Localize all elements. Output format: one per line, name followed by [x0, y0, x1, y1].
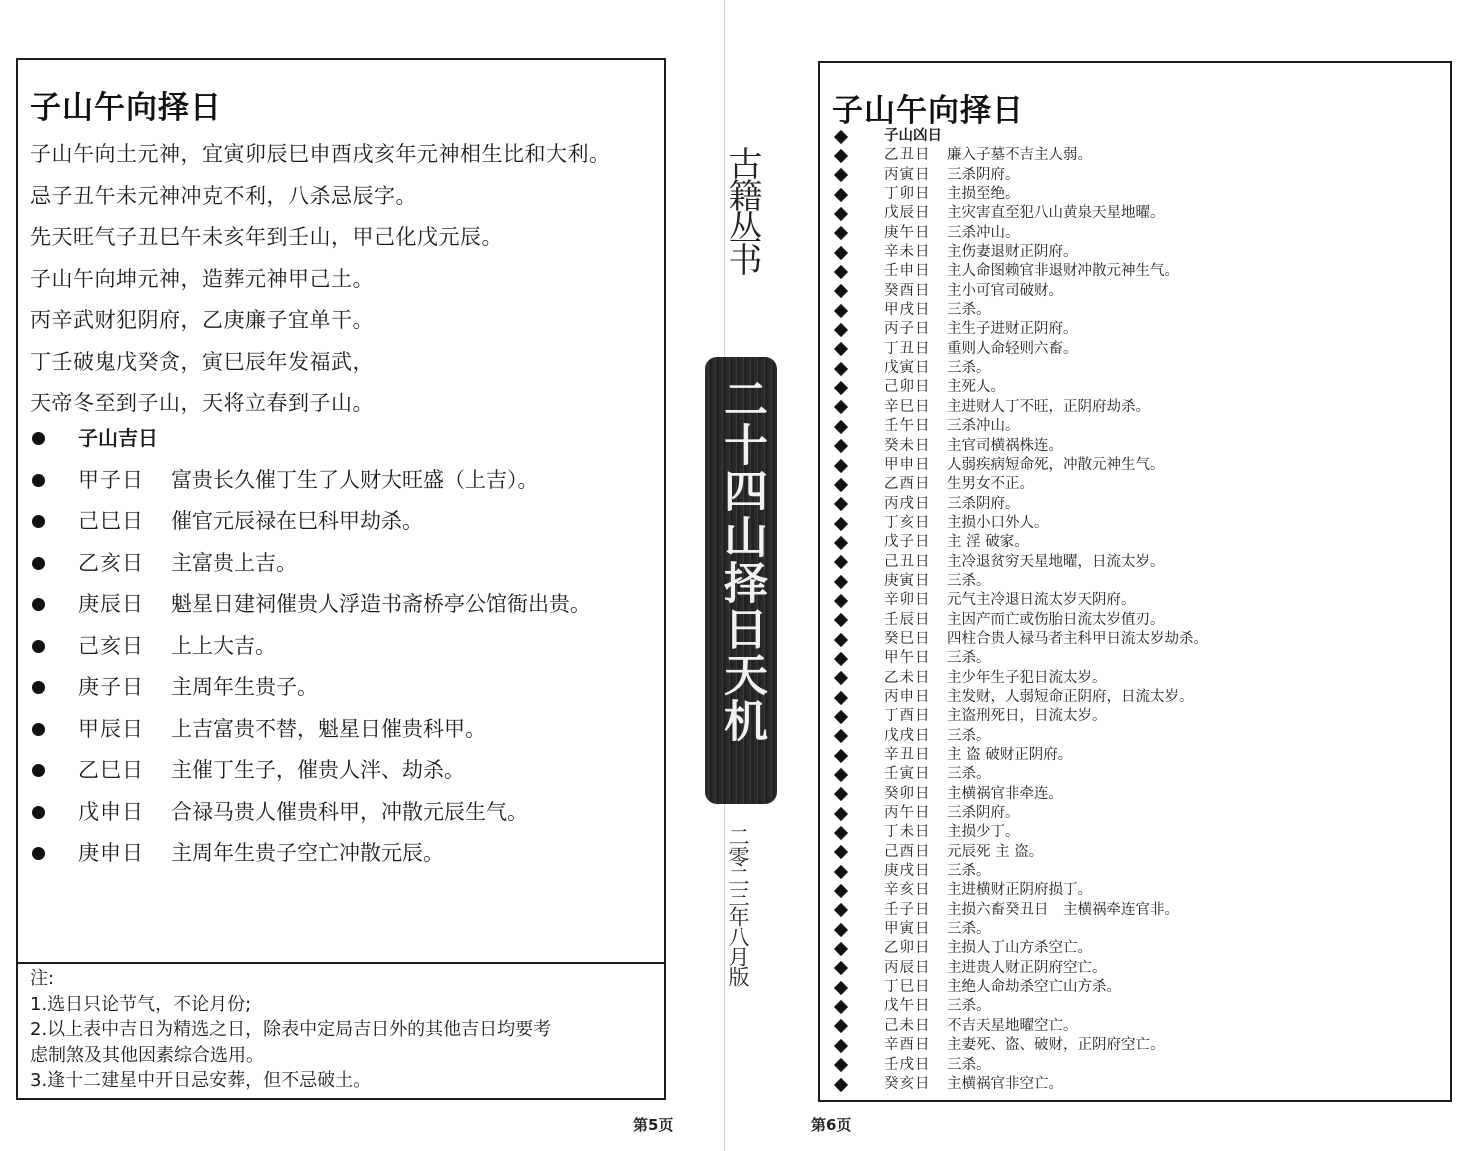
day-description: 不吉天星地曜空亡。 — [947, 1017, 1078, 1036]
day-description: 生男女不正。 — [947, 475, 1034, 494]
day-description: 合禄马贵人催贵科甲，冲散元辰生气。 — [171, 792, 528, 834]
list-item: 戊寅日三杀。 — [834, 359, 1208, 378]
list-item: 己亥日上上大吉。 — [26, 626, 591, 668]
day-description: 人弱疾病短命死，冲散元神生气。 — [947, 456, 1165, 475]
bullet-diamond-icon — [834, 381, 848, 395]
list-item: 丁丑日重则人命轻则六畜。 — [834, 340, 1208, 359]
list-item: 丙寅日三杀阴府。 — [834, 166, 1208, 185]
list-item: 乙卯日主损人丁山方杀空亡。 — [834, 939, 1208, 958]
day-name: 乙卯日 — [884, 939, 947, 958]
left-page-main-section: 子山午向择日 子山午向土元神，宜寅卯辰巳申酉戌亥年元神相生比和大利。 忌子丑午未… — [18, 60, 664, 964]
bullet-diamond-icon — [834, 188, 848, 202]
day-name: 己亥日 — [78, 626, 171, 668]
list-item: 癸卯日主横祸官非牵连。 — [834, 785, 1208, 804]
day-name: 辛酉日 — [884, 1036, 947, 1055]
day-name: 庚午日 — [884, 224, 947, 243]
bullet-diamond-icon — [834, 439, 848, 453]
list-item: 乙丑日廉入子墓不吉主人弱。 — [834, 146, 1208, 165]
day-description: 主损小口外人。 — [947, 514, 1049, 533]
day-name: 甲寅日 — [884, 920, 947, 939]
bullet-diamond-icon — [834, 787, 848, 801]
list-item: 己未日不吉天星地曜空亡。 — [834, 1017, 1208, 1036]
book-title: 二十四山择日天机 — [714, 376, 768, 744]
list-item: 戊子日主 淫 破家。 — [834, 533, 1208, 552]
bullet-diamond-icon — [834, 923, 848, 937]
list-item: 丁巳日主绝人命劫杀空亡山方杀。 — [834, 978, 1208, 997]
list-item: 癸巳日四柱合贵人禄马者主科甲日流太岁劫杀。 — [834, 630, 1208, 649]
day-description: 三杀。 — [947, 301, 991, 320]
list-item: 丁未日主损少丁。 — [834, 823, 1208, 842]
good-days-heading-row: 子山吉日 — [26, 418, 591, 460]
day-name: 甲戌日 — [884, 301, 947, 320]
day-description: 主伤妻退财正阴府。 — [947, 243, 1078, 262]
bullet-diamond-icon — [834, 633, 848, 647]
day-name: 丁未日 — [884, 823, 947, 842]
day-description: 三杀。 — [947, 727, 991, 746]
list-item: 戊辰日主灾害直至犯八山黄泉天星地曜。 — [834, 204, 1208, 223]
bullet-diamond-icon — [834, 729, 848, 743]
day-description: 上吉富贵不替，魁星日催贵科甲。 — [171, 709, 486, 751]
day-name: 丙戌日 — [884, 495, 947, 514]
day-name: 丙午日 — [884, 804, 947, 823]
bad-days-list: 子山凶日 乙丑日廉入子墓不吉主人弱。丙寅日三杀阴府。丁卯日主损至绝。戊辰日主灾害… — [834, 127, 1208, 1094]
list-item: 辛丑日主 盗 破财正阴府。 — [834, 746, 1208, 765]
day-name: 癸卯日 — [884, 785, 947, 804]
day-description: 主进财人丁不旺，正阴府劫杀。 — [947, 398, 1150, 417]
bullet-diamond-icon — [834, 516, 848, 530]
day-name: 丙辰日 — [884, 959, 947, 978]
day-name: 壬申日 — [884, 262, 947, 281]
day-description: 三杀。 — [947, 649, 991, 668]
day-name: 戊寅日 — [884, 359, 947, 378]
bullet-dot-icon — [32, 723, 45, 736]
day-name: 庚子日 — [78, 667, 171, 709]
day-name: 辛巳日 — [884, 398, 947, 417]
day-name: 壬午日 — [884, 417, 947, 436]
list-item: 壬戌日三杀。 — [834, 1056, 1208, 1075]
list-item: 丙午日三杀阴府。 — [834, 804, 1208, 823]
day-description: 主 淫 破家。 — [947, 533, 1029, 552]
day-name: 戊戌日 — [884, 727, 947, 746]
day-description: 三杀。 — [947, 765, 991, 784]
day-name: 壬寅日 — [884, 765, 947, 784]
bad-days-heading: 子山凶日 — [884, 127, 942, 146]
list-item: 庚寅日三杀。 — [834, 572, 1208, 591]
bullet-diamond-icon — [834, 323, 848, 337]
note-line: 3.逢十二建星中开日忌安葬，但不忌破土。 — [30, 1068, 551, 1094]
list-item: 丁酉日主盗刑死日，日流太岁。 — [834, 707, 1208, 726]
day-name: 甲申日 — [884, 456, 947, 475]
day-name: 己巳日 — [78, 501, 171, 543]
bullet-diamond-icon — [834, 420, 848, 434]
bullet-dot-icon — [32, 764, 45, 777]
bullet-diamond-icon — [834, 1019, 848, 1033]
list-item: 乙巳日主催丁生子，催贵人泮、劫杀。 — [26, 750, 591, 792]
day-name: 己酉日 — [884, 843, 947, 862]
day-description: 主小可官司破财。 — [947, 282, 1063, 301]
day-name: 乙未日 — [884, 669, 947, 688]
day-description: 三杀。 — [947, 359, 991, 378]
day-name: 壬辰日 — [884, 611, 947, 630]
day-description: 主因产而亡或伤胎日流太岁值刃。 — [947, 611, 1165, 630]
day-name: 丁亥日 — [884, 514, 947, 533]
page-number-left: 第5页 — [633, 1114, 673, 1135]
day-description: 主周年生贵子空亡冲散元辰。 — [171, 833, 444, 875]
day-description: 三杀。 — [947, 997, 991, 1016]
list-item: 乙亥日主富贵上吉。 — [26, 543, 591, 585]
day-description: 主横祸官非空亡。 — [947, 1075, 1063, 1094]
bullet-diamond-icon — [834, 284, 848, 298]
note-line: 2.以上表中吉日为精选之日，除表中定局吉日外的其他吉日均要考 — [30, 1017, 551, 1043]
list-item: 壬子日主损六畜癸丑日 主横祸牵连官非。 — [834, 901, 1208, 920]
day-name: 戊辰日 — [884, 204, 947, 223]
list-item: 戊戌日三杀。 — [834, 727, 1208, 746]
bullet-diamond-icon — [834, 304, 848, 318]
day-description: 三杀阴府。 — [947, 166, 1020, 185]
day-description: 主官司横祸株连。 — [947, 437, 1063, 456]
day-name: 辛丑日 — [884, 746, 947, 765]
day-name: 庚戌日 — [884, 862, 947, 881]
day-description: 主 盗 破财正阴府。 — [947, 746, 1072, 765]
day-name: 庚寅日 — [884, 572, 947, 591]
intro-line: 先天旺气子丑巳午未亥年到壬山，甲己化戊元辰。 — [30, 217, 611, 259]
intro-line: 丙辛武财犯阴府，乙庚廉子宜单干。 — [30, 300, 611, 342]
list-item: 壬辰日主因产而亡或伤胎日流太岁值刃。 — [834, 611, 1208, 630]
day-description: 主周年生贵子。 — [171, 667, 318, 709]
bullet-dot-icon — [32, 515, 45, 528]
bullet-diamond-icon — [834, 845, 848, 859]
bullet-diamond-icon — [834, 168, 848, 182]
list-item: 辛卯日元气主冷退日流太岁天阴府。 — [834, 591, 1208, 610]
bullet-diamond-icon — [834, 807, 848, 821]
bullet-dot-icon — [32, 432, 45, 445]
day-description: 催官元辰禄在巳科甲劫杀。 — [171, 501, 423, 543]
bullet-diamond-icon — [834, 226, 848, 240]
day-name: 辛卯日 — [884, 591, 947, 610]
list-item: 癸未日主官司横祸株连。 — [834, 437, 1208, 456]
list-item: 庚戌日三杀。 — [834, 862, 1208, 881]
day-description: 四柱合贵人禄马者主科甲日流太岁劫杀。 — [947, 630, 1208, 649]
day-name: 癸未日 — [884, 437, 947, 456]
bullet-diamond-icon — [834, 265, 848, 279]
day-description: 三杀冲山。 — [947, 224, 1020, 243]
day-description: 主损少丁。 — [947, 823, 1020, 842]
day-description: 主损六畜癸丑日 主横祸牵连官非。 — [947, 901, 1179, 920]
day-name: 丙寅日 — [884, 166, 947, 185]
day-description: 三杀冲山。 — [947, 417, 1020, 436]
list-item: 丁卯日主损至绝。 — [834, 185, 1208, 204]
day-name: 丙申日 — [884, 688, 947, 707]
intro-line: 忌子丑午未元神冲克不利，八杀忌辰字。 — [30, 176, 611, 218]
good-days-heading: 子山吉日 — [78, 418, 158, 460]
day-name: 甲午日 — [884, 649, 947, 668]
day-name: 壬戌日 — [884, 1056, 947, 1075]
bullet-dot-icon — [32, 474, 45, 487]
bullet-diamond-icon — [834, 594, 848, 608]
day-name: 乙亥日 — [78, 543, 171, 585]
list-item: 庚午日三杀冲山。 — [834, 224, 1208, 243]
list-item: 庚辰日魁星日建祠催贵人浮造书斋桥亭公馆衙出贵。 — [26, 584, 591, 626]
day-description: 主生子进财正阴府。 — [947, 320, 1078, 339]
day-description: 主损至绝。 — [947, 185, 1020, 204]
list-item: 己巳日催官元辰禄在巳科甲劫杀。 — [26, 501, 591, 543]
day-description: 三杀。 — [947, 920, 991, 939]
bullet-diamond-icon — [834, 362, 848, 376]
list-item: 己酉日元辰死 主 盗。 — [834, 843, 1208, 862]
list-item: 甲辰日上吉富贵不替，魁星日催贵科甲。 — [26, 709, 591, 751]
day-name: 乙丑日 — [884, 146, 947, 165]
day-name: 己未日 — [884, 1017, 947, 1036]
list-item: 丙戌日三杀阴府。 — [834, 495, 1208, 514]
bullet-diamond-icon — [834, 961, 848, 975]
right-page-frame: 子山午向择日 子山凶日 乙丑日廉入子墓不吉主人弱。丙寅日三杀阴府。丁卯日主损至绝… — [818, 61, 1452, 1102]
day-name: 庚辰日 — [78, 584, 171, 626]
day-description: 主催丁生子，催贵人泮、劫杀。 — [171, 750, 465, 792]
bullet-diamond-icon — [834, 865, 848, 879]
bullet-diamond-icon — [834, 400, 848, 414]
day-name: 丁巳日 — [884, 978, 947, 997]
day-name: 辛未日 — [884, 243, 947, 262]
day-description: 三杀阴府。 — [947, 495, 1020, 514]
bullet-diamond-icon — [834, 826, 848, 840]
day-description: 主盗刑死日，日流太岁。 — [947, 707, 1107, 726]
list-item: 己卯日主死人。 — [834, 378, 1208, 397]
bullet-diamond-icon — [834, 536, 848, 550]
day-description: 三杀阴府。 — [947, 804, 1020, 823]
bullet-dot-icon — [32, 681, 45, 694]
day-name: 甲辰日 — [78, 709, 171, 751]
list-item: 辛未日主伤妻退财正阴府。 — [834, 243, 1208, 262]
list-item: 乙酉日生男女不正。 — [834, 475, 1208, 494]
bullet-diamond-icon — [834, 691, 848, 705]
bullet-diamond-icon — [834, 555, 848, 569]
day-description: 主进横财正阴府损丁。 — [947, 881, 1092, 900]
bullet-diamond-icon — [834, 1039, 848, 1053]
day-name: 癸巳日 — [884, 630, 947, 649]
note-line: 1.选日只论节气，不论月份; — [30, 992, 551, 1018]
bullet-dot-icon — [32, 598, 45, 611]
day-description: 元辰死 主 盗。 — [947, 843, 1043, 862]
bullet-diamond-icon — [834, 458, 848, 472]
list-item: 己丑日主冷退贫穷天星地曜，日流太岁。 — [834, 553, 1208, 572]
day-description: 主冷退贫穷天星地曜，日流太岁。 — [947, 553, 1165, 572]
list-item: 辛亥日主进横财正阴府损丁。 — [834, 881, 1208, 900]
intro-line: 子山午向坤元神，造葬元神甲己土。 — [30, 259, 611, 301]
day-name: 辛亥日 — [884, 881, 947, 900]
list-item: 甲子日富贵长久催丁生了人财大旺盛（上吉）。 — [26, 460, 591, 502]
day-description: 主富贵上吉。 — [171, 543, 297, 585]
bullet-diamond-icon — [834, 478, 848, 492]
list-item: 戊申日合禄马贵人催贵科甲，冲散元辰生气。 — [26, 792, 591, 834]
list-item: 丁亥日主损小口外人。 — [834, 514, 1208, 533]
bullet-diamond-icon — [834, 575, 848, 589]
day-description: 三杀。 — [947, 1056, 991, 1075]
day-name: 庚申日 — [78, 833, 171, 875]
bullet-diamond-icon — [834, 671, 848, 685]
day-name: 甲子日 — [78, 460, 171, 502]
list-item: 甲午日三杀。 — [834, 649, 1208, 668]
list-item: 庚申日主周年生贵子空亡冲散元辰。 — [26, 833, 591, 875]
day-name: 壬子日 — [884, 901, 947, 920]
day-description: 主损人丁山方杀空亡。 — [947, 939, 1092, 958]
list-item: 癸亥日主横祸官非空亡。 — [834, 1075, 1208, 1094]
list-item: 甲寅日三杀。 — [834, 920, 1208, 939]
day-name: 丙子日 — [884, 320, 947, 339]
day-description: 三杀。 — [947, 572, 991, 591]
day-name: 乙巳日 — [78, 750, 171, 792]
bullet-diamond-icon — [834, 497, 848, 511]
bullet-diamond-icon — [834, 710, 848, 724]
day-description: 主灾害直至犯八山黄泉天星地曜。 — [947, 204, 1165, 223]
day-name: 丁卯日 — [884, 185, 947, 204]
day-name: 癸亥日 — [884, 1075, 947, 1094]
bullet-diamond-icon — [834, 652, 848, 666]
bullet-diamond-icon — [834, 981, 848, 995]
list-item: 壬午日三杀冲山。 — [834, 417, 1208, 436]
notes-section: 注: 1.选日只论节气，不论月份; 2.以上表中吉日为精选之日，除表中定局吉日外… — [30, 966, 551, 1094]
list-item: 戊午日三杀。 — [834, 997, 1208, 1016]
bullet-diamond-icon — [834, 342, 848, 356]
day-description: 重则人命轻则六畜。 — [947, 340, 1078, 359]
day-description: 元气主冷退日流太岁天阴府。 — [947, 591, 1136, 610]
bullet-dot-icon — [32, 557, 45, 570]
day-description: 主少年生子犯日流太岁。 — [947, 669, 1107, 688]
list-item: 乙未日主少年生子犯日流太岁。 — [834, 669, 1208, 688]
bullet-diamond-icon — [834, 246, 848, 260]
list-item: 甲申日人弱疾病短命死，冲散元神生气。 — [834, 456, 1208, 475]
bullet-diamond-icon — [834, 768, 848, 782]
bullet-diamond-icon — [834, 613, 848, 627]
intro-line: 丁壬破鬼戊癸贪，寅巳辰年发福武， — [30, 342, 611, 384]
day-name: 丁丑日 — [884, 340, 947, 359]
notes-label: 注: — [30, 966, 551, 992]
bullet-diamond-icon — [834, 942, 848, 956]
note-line: 虑制煞及其他因素综合选用。 — [30, 1043, 551, 1069]
day-name: 己丑日 — [884, 553, 947, 572]
list-item: 丙申日主发财，人弱短命正阴府，日流太岁。 — [834, 688, 1208, 707]
day-description: 主妻死、盗、破财，正阴府空亡。 — [947, 1036, 1165, 1055]
bullet-diamond-icon — [834, 1000, 848, 1014]
list-item: 壬申日主人命图赖官非退财冲散元神生气。 — [834, 262, 1208, 281]
series-title: 古籍丛书 — [722, 146, 762, 274]
day-name: 戊子日 — [884, 533, 947, 552]
bullet-diamond-icon — [834, 749, 848, 763]
left-page-frame: 子山午向择日 子山午向土元神，宜寅卯辰巳申酉戌亥年元神相生比和大利。 忌子丑午未… — [16, 58, 666, 1100]
bullet-dot-icon — [32, 640, 45, 653]
day-name: 己卯日 — [884, 378, 947, 397]
day-description: 主进贵人财正阴府空亡。 — [947, 959, 1107, 978]
list-item: 辛酉日主妻死、盗、破财，正阴府空亡。 — [834, 1036, 1208, 1055]
day-name: 戊申日 — [78, 792, 171, 834]
bullet-diamond-icon — [834, 1058, 848, 1072]
list-item: 丙子日主生子进财正阴府。 — [834, 320, 1208, 339]
day-name: 癸酉日 — [884, 282, 947, 301]
bullet-dot-icon — [32, 847, 45, 860]
day-name: 乙酉日 — [884, 475, 947, 494]
list-item: 癸酉日主小可官司破财。 — [834, 282, 1208, 301]
good-days-list: 子山吉日 甲子日富贵长久催丁生了人财大旺盛（上吉）。 己巳日催官元辰禄在巳科甲劫… — [26, 418, 591, 875]
list-item: 壬寅日三杀。 — [834, 765, 1208, 784]
bullet-diamond-icon — [834, 130, 848, 144]
day-description: 上上大吉。 — [171, 626, 276, 668]
intro-line: 子山午向土元神，宜寅卯辰巳申酉戌亥年元神相生比和大利。 — [30, 134, 611, 176]
day-description: 富贵长久催丁生了人财大旺盛（上吉）。 — [171, 460, 539, 502]
day-description: 主横祸官非牵连。 — [947, 785, 1063, 804]
right-page-title: 子山午向择日 — [832, 85, 1024, 130]
day-description: 主绝人命劫杀空亡山方杀。 — [947, 978, 1121, 997]
day-description: 魁星日建祠催贵人浮造书斋桥亭公馆衙出贵。 — [171, 584, 591, 626]
day-description: 主人命图赖官非退财冲散元神生气。 — [947, 262, 1179, 281]
list-item: 庚子日主周年生贵子。 — [26, 667, 591, 709]
day-description: 主死人。 — [947, 378, 1005, 397]
bullet-diamond-icon — [834, 1077, 848, 1091]
list-item: 丙辰日主进贵人财正阴府空亡。 — [834, 959, 1208, 978]
bullet-diamond-icon — [834, 903, 848, 917]
day-description: 主发财，人弱短命正阴府，日流太岁。 — [947, 688, 1194, 707]
intro-lines: 子山午向土元神，宜寅卯辰巳申酉戌亥年元神相生比和大利。 忌子丑午未元神冲克不利，… — [30, 134, 611, 425]
day-name: 丁酉日 — [884, 707, 947, 726]
list-item: 辛巳日主进财人丁不旺，正阴府劫杀。 — [834, 398, 1208, 417]
day-description: 廉入子墓不吉主人弱。 — [947, 146, 1092, 165]
left-page-title: 子山午向择日 — [30, 82, 222, 127]
edition-text: 二零二三年八月版 — [725, 826, 751, 986]
bullet-dot-icon — [32, 806, 45, 819]
bullet-diamond-icon — [834, 207, 848, 221]
list-item: 甲戌日三杀。 — [834, 301, 1208, 320]
bullet-diamond-icon — [834, 884, 848, 898]
bad-days-heading-row: 子山凶日 — [834, 127, 1208, 146]
day-name: 戊午日 — [884, 997, 947, 1016]
day-description: 三杀。 — [947, 862, 991, 881]
page-number-right: 第6页 — [811, 1114, 851, 1135]
bullet-diamond-icon — [834, 149, 848, 163]
